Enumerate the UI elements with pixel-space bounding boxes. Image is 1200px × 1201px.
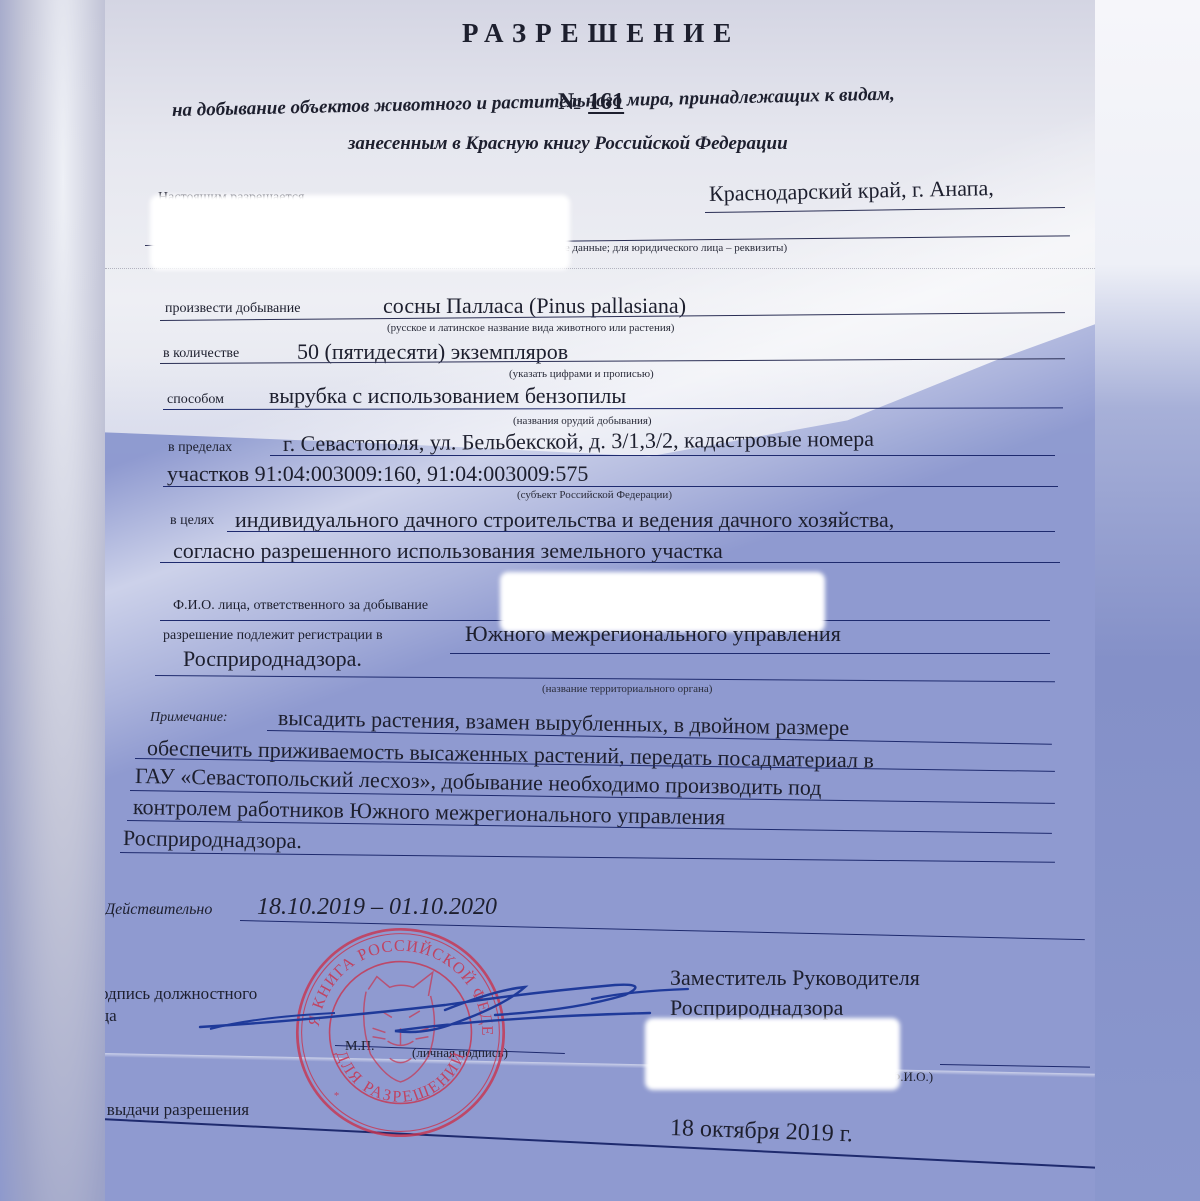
method-label: способом xyxy=(167,392,224,408)
location-label: в пределах xyxy=(168,440,232,456)
document-title: РАЗРЕШЕНИЕ xyxy=(462,18,740,49)
validity-label: Действительно xyxy=(105,901,212,919)
document-subtitle-line2: занесенным в Красную книгу Российской Фе… xyxy=(348,133,788,155)
registration-value-line1: Южного межрегионального управления xyxy=(465,621,841,647)
permitted-value: Краснодарский край, г. Анапа, xyxy=(709,175,994,207)
purpose-label: в целях xyxy=(170,513,214,529)
registration-underline xyxy=(450,653,1050,654)
validity-value: 18.10.2019 – 01.10.2020 xyxy=(257,894,497,921)
location-hint: (субъект Российской Федерации) xyxy=(517,489,672,501)
handwritten-signature xyxy=(195,965,665,1045)
stamp-text-bottom: ДЛЯ РАЗРЕШЕНИЙ xyxy=(332,1048,469,1106)
purpose-underline-2 xyxy=(160,562,1060,563)
permit-document: РАЗРЕШЕНИЕ № 161 на добывание объектов ж… xyxy=(105,0,1095,1201)
svg-text:ДЛЯ РАЗРЕШЕНИЙ: ДЛЯ РАЗРЕШЕНИЙ xyxy=(332,1048,469,1106)
note-line-5: Росприроднадзора. xyxy=(123,825,302,854)
document-subtitle-line1: на добывание объектов животного и растит… xyxy=(172,84,895,122)
location-underline-2 xyxy=(163,486,1058,487)
signature-stroke xyxy=(590,985,690,1005)
quantity-hint: (указать цифрами и прописью) xyxy=(509,368,654,380)
responsible-label: Ф.И.О. лица, ответственного за добывание xyxy=(173,598,428,614)
background-right xyxy=(1095,0,1200,1201)
redacted-official-name xyxy=(645,1018,900,1090)
registration-label: разрешение подлежит регистрации в xyxy=(163,628,383,644)
quantity-underline xyxy=(160,358,1065,364)
registration-value-line2: Росприроднадзора. xyxy=(183,646,362,672)
extraction-label: произвести добывание xyxy=(165,301,300,317)
location-underline xyxy=(270,455,1055,456)
note-label: Примечание: xyxy=(150,710,228,726)
method-value: вырубка с использованием бензопилы xyxy=(269,383,626,409)
purpose-underline xyxy=(227,531,1055,532)
registration-hint: (название территориального органа) xyxy=(542,683,712,695)
purpose-value-line1: индивидуального дачного строительства и … xyxy=(235,507,894,533)
quantity-label: в количестве xyxy=(163,346,239,362)
location-value-line2: участков 91:04:003009:160, 91:04:003009:… xyxy=(167,461,588,487)
stamp-star-icon: * xyxy=(334,1090,339,1102)
purpose-value-line2: согласно разрешенного использования земе… xyxy=(173,538,723,564)
extraction-hint: (русское и латинское название вида живот… xyxy=(387,322,674,334)
method-hint: (названия орудий добывания) xyxy=(513,415,652,427)
issue-date-label: а выдачи разрешения xyxy=(105,1100,249,1120)
permitted-underline xyxy=(705,207,1065,213)
redacted-name xyxy=(150,195,570,270)
official-position-line1: Заместитель Руководителя xyxy=(670,965,920,991)
location-value-line1: г. Севастополя, ул. Бельбекской, д. 3/1,… xyxy=(283,426,874,457)
signature-label-line2: ца xyxy=(105,1006,117,1026)
background-left xyxy=(0,0,105,1201)
